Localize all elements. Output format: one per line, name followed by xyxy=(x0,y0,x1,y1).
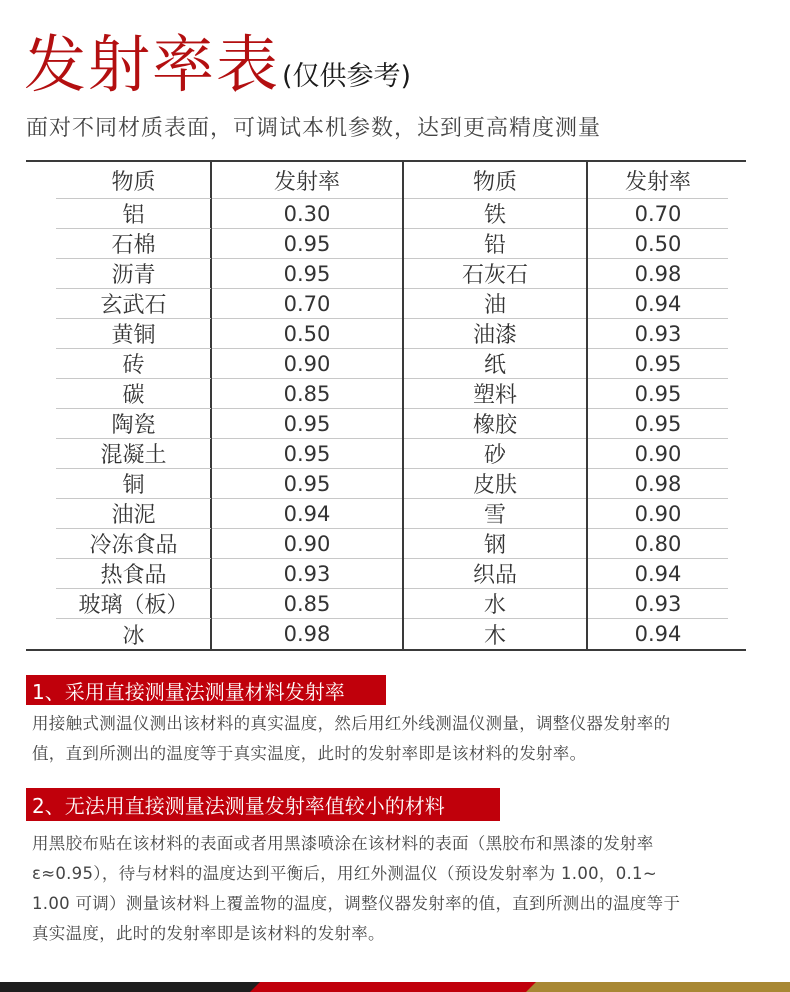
section-heading-low-emissivity: 2、无法用直接测量法测量发射率值较小的材料 xyxy=(26,788,500,821)
table-cell-emissivity: 0.80 xyxy=(588,529,728,559)
table-cell-material: 油 xyxy=(404,289,586,319)
bar-segment-gold xyxy=(526,982,790,992)
table-cell-material: 玄武石 xyxy=(56,289,211,319)
table-cell-emissivity: 0.93 xyxy=(588,319,728,349)
page-title: 发射率表 (仅供参考) xyxy=(24,30,411,100)
table-cell-emissivity: 0.94 xyxy=(588,289,728,319)
table-cell-material: 橡胶 xyxy=(404,409,586,439)
table-cell-material: 纸 xyxy=(404,349,586,379)
paragraph-line: 真实温度，此时的发射率即是该材料的发射率。 xyxy=(32,919,772,949)
table-cell-material: 玻璃（板） xyxy=(56,589,211,619)
subtitle: 面对不同材质表面，可调试本机参数，达到更高精度测量 xyxy=(26,114,601,144)
section-body-low-emissivity: 用黑胶布贴在该材料的表面或者用黑漆喷涂在该材料的表面（黑胶布和黑漆的发射率 ε≈… xyxy=(32,829,772,949)
table-cell-emissivity: 0.95 xyxy=(588,349,728,379)
table-cell-emissivity: 0.95 xyxy=(212,439,402,469)
table-cell-emissivity: 0.93 xyxy=(588,589,728,619)
table-cell-material: 碳 xyxy=(56,379,211,409)
title-note: (仅供参考) xyxy=(282,60,411,94)
paragraph-line: ε≈0.95），待与材料的温度达到平衡后，用红外测温仪（预设发射率为 1.00，… xyxy=(32,859,772,889)
section-body-direct-measurement: 用接触式测温仪测出该材料的真实温度，然后用红外线测温仪测量，调整仪器发射率的 值… xyxy=(32,709,772,769)
table-cell-material: 皮肤 xyxy=(404,469,586,499)
table-cell-material: 冷冻食品 xyxy=(56,529,211,559)
section-heading-direct-measurement: 1、采用直接测量法测量材料发射率 xyxy=(26,675,386,705)
table-cell-material: 铜 xyxy=(56,469,211,499)
table-cell-material: 水 xyxy=(404,589,586,619)
table-cell-emissivity: 0.90 xyxy=(212,529,402,559)
table-cell-emissivity: 0.94 xyxy=(588,619,728,649)
table-cell-material: 冰 xyxy=(56,619,211,649)
table-cell-emissivity: 0.50 xyxy=(212,319,402,349)
table-cell-material: 油漆 xyxy=(404,319,586,349)
table-cell-material: 沥青 xyxy=(56,259,211,289)
title-main: 发射率表 xyxy=(24,30,280,100)
table-cell-emissivity: 0.85 xyxy=(212,589,402,619)
paragraph-line: 1.00 可调）测量该材料上覆盖物的温度，调整仪器发射率的值，直到所测出的温度等… xyxy=(32,889,772,919)
table-cell-emissivity: 0.90 xyxy=(588,439,728,469)
table-cell-emissivity: 0.50 xyxy=(588,229,728,259)
table-cell-material: 铁 xyxy=(404,199,586,229)
table-cell-emissivity: 0.30 xyxy=(212,199,402,229)
table-cell-emissivity: 0.90 xyxy=(588,499,728,529)
bar-segment-red xyxy=(250,982,540,992)
table-cell-material: 石棉 xyxy=(56,229,211,259)
table-cell-emissivity: 0.93 xyxy=(212,559,402,589)
paragraph-line: 值，直到所测出的温度等于真实温度，此时的发射率即是该材料的发射率。 xyxy=(32,739,772,769)
table-cell-emissivity: 0.95 xyxy=(588,409,728,439)
table-cell-material: 砖 xyxy=(56,349,211,379)
table-cell-emissivity: 0.70 xyxy=(212,289,402,319)
table-cell-material: 雪 xyxy=(404,499,586,529)
table-bottom-rule xyxy=(26,649,746,651)
right-material-column: 物质 铁 铅 石灰石 油 油漆 纸 塑料 橡胶 砂 皮肤 雪 钢 织品 水 木 xyxy=(404,162,586,649)
table-cell-material: 铅 xyxy=(404,229,586,259)
table-cell-material: 陶瓷 xyxy=(56,409,211,439)
table-cell-emissivity: 0.94 xyxy=(212,499,402,529)
decorative-bottom-bar xyxy=(0,982,790,992)
bar-segment-black xyxy=(0,982,260,992)
table-cell-material: 木 xyxy=(404,619,586,649)
table-cell-emissivity: 0.95 xyxy=(588,379,728,409)
table-cell-emissivity: 0.95 xyxy=(212,409,402,439)
header-material-right: 物质 xyxy=(404,162,586,199)
table-cell-emissivity: 0.90 xyxy=(212,349,402,379)
paragraph-line: 用黑胶布贴在该材料的表面或者用黑漆喷涂在该材料的表面（黑胶布和黑漆的发射率 xyxy=(32,829,772,859)
left-material-column: 物质 铝 石棉 沥青 玄武石 黄铜 砖 碳 陶瓷 混凝土 铜 油泥 冷冻食品 热… xyxy=(56,162,211,649)
paragraph-line: 用接触式测温仪测出该材料的真实温度，然后用红外线测温仪测量，调整仪器发射率的 xyxy=(32,709,772,739)
table-cell-material: 织品 xyxy=(404,559,586,589)
table-cell-emissivity: 0.95 xyxy=(212,469,402,499)
header-emissivity-right: 发射率 xyxy=(588,162,728,199)
table-cell-emissivity: 0.95 xyxy=(212,259,402,289)
emissivity-table: 物质 铝 石棉 沥青 玄武石 黄铜 砖 碳 陶瓷 混凝土 铜 油泥 冷冻食品 热… xyxy=(26,160,746,651)
table-cell-emissivity: 0.94 xyxy=(588,559,728,589)
table-cell-material: 塑料 xyxy=(404,379,586,409)
left-emissivity-column: 发射率 0.30 0.95 0.95 0.70 0.50 0.90 0.85 0… xyxy=(212,162,402,649)
table-cell-emissivity: 0.85 xyxy=(212,379,402,409)
table-cell-emissivity: 0.95 xyxy=(212,229,402,259)
table-cell-emissivity: 0.70 xyxy=(588,199,728,229)
table-cell-emissivity: 0.98 xyxy=(212,619,402,649)
table-cell-material: 铝 xyxy=(56,199,211,229)
table-cell-emissivity: 0.98 xyxy=(588,259,728,289)
table-cell-material: 油泥 xyxy=(56,499,211,529)
header-emissivity-left: 发射率 xyxy=(212,162,402,199)
table-cell-material: 砂 xyxy=(404,439,586,469)
header-material-left: 物质 xyxy=(56,162,211,199)
table-cell-material: 石灰石 xyxy=(404,259,586,289)
table-cell-material: 钢 xyxy=(404,529,586,559)
right-emissivity-column: 发射率 0.70 0.50 0.98 0.94 0.93 0.95 0.95 0… xyxy=(588,162,728,649)
table-cell-material: 混凝土 xyxy=(56,439,211,469)
table-cell-material: 黄铜 xyxy=(56,319,211,349)
table-cell-material: 热食品 xyxy=(56,559,211,589)
table-cell-emissivity: 0.98 xyxy=(588,469,728,499)
